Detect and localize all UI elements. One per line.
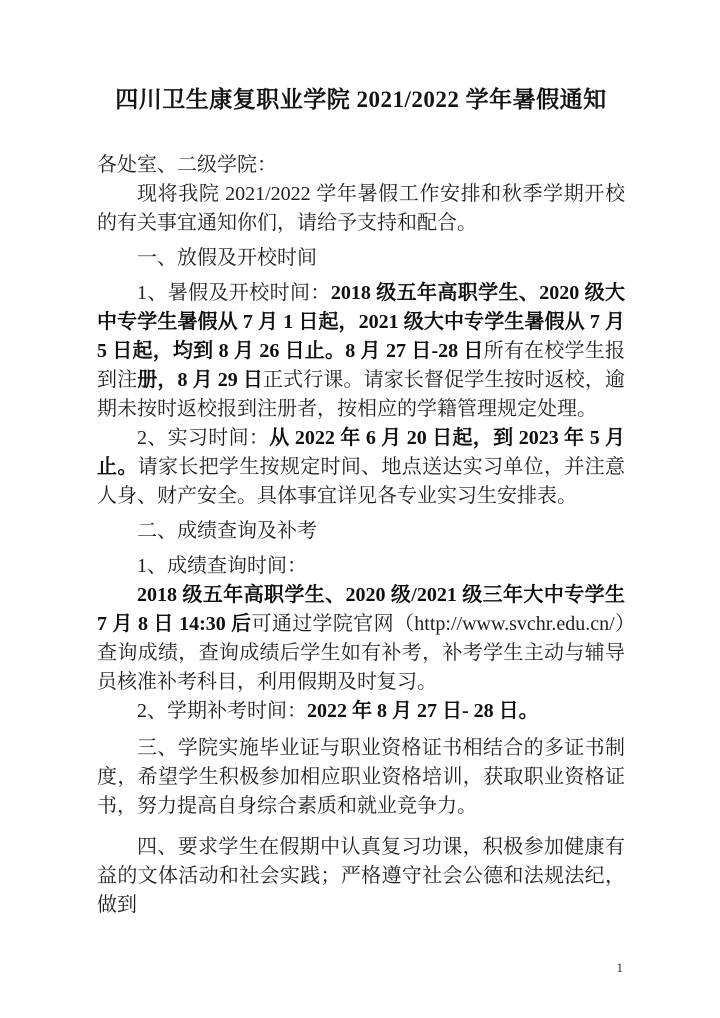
- text-run: 四、要求学生在假期中认真复习功课，积极参加健康有益的文体活动和社会实践；严格遵守…: [97, 836, 625, 916]
- text-run: 三、学院实施毕业证与职业资格证书相结合的多证书制度，希望学生积极参加相应职业资格…: [97, 737, 625, 817]
- notice-body: 各处室、二级学院：现将我院 2021/2022 学年暑假工作安排和秋季学期开校的…: [97, 151, 625, 920]
- item-internship-time: 2、实习时间：从 2022 年 6 月 20 日起，到 2023 年 5 月止。…: [97, 424, 625, 511]
- text-run: 请家长把学生按规定时间、地点送达实习单位，并注意人身、财产安全。具体事宜详见各专…: [97, 456, 625, 507]
- bold-text-run: 2022 年 8 月 27 日- 28 日。: [307, 700, 539, 722]
- text-run: 一、放假及开校时间: [137, 247, 317, 269]
- section-one-heading: 一、放假及开校时间: [97, 244, 625, 273]
- item-makeup-exam-time: 2、学期补考时间：2022 年 8 月 27 日- 28 日。: [97, 697, 625, 726]
- item-vacation-time: 1、暑假及开校时间：2018 级五年高职学生、2020 级大中专学生暑假从 7 …: [97, 279, 625, 424]
- page-number: 1: [617, 960, 624, 976]
- item-score-query-detail: 2018 级五年高职学生、2020 级/2021 级三年大中专学生 7 月 8 …: [97, 581, 625, 697]
- bold-text-run: 册，8 月 29 日: [137, 369, 263, 391]
- text-run: 1、成绩查询时间：: [137, 555, 307, 577]
- section-two-heading: 二、成绩查询及补考: [97, 517, 625, 546]
- item-score-query-time: 1、成绩查询时间：: [97, 552, 625, 581]
- text-run: 各处室、二级学院：: [97, 154, 277, 176]
- text-run: 1、暑假及开校时间：: [137, 282, 331, 304]
- intro-paragraph: 现将我院 2021/2022 学年暑假工作安排和秋季学期开校的有关事宜通知你们，…: [97, 180, 625, 238]
- text-run: 2、学期补考时间：: [137, 700, 307, 722]
- section-three-paragraph: 三、学院实施毕业证与职业资格证书相结合的多证书制度，希望学生积极参加相应职业资格…: [97, 734, 625, 821]
- document-title: 四川卫生康复职业学院 2021/2022 学年暑假通知: [97, 86, 625, 115]
- salutation: 各处室、二级学院：: [97, 151, 625, 180]
- section-four-paragraph: 四、要求学生在假期中认真复习功课，积极参加健康有益的文体活动和社会实践；严格遵守…: [97, 833, 625, 920]
- text-run: 现将我院 2021/2022 学年暑假工作安排和秋季学期开校的有关事宜通知你们，…: [97, 183, 625, 234]
- text-run: 2、实习时间：: [137, 427, 269, 449]
- text-run: 二、成绩查询及补考: [137, 520, 317, 542]
- document-page: 四川卫生康复职业学院 2021/2022 学年暑假通知 各处室、二级学院：现将我…: [0, 0, 720, 1018]
